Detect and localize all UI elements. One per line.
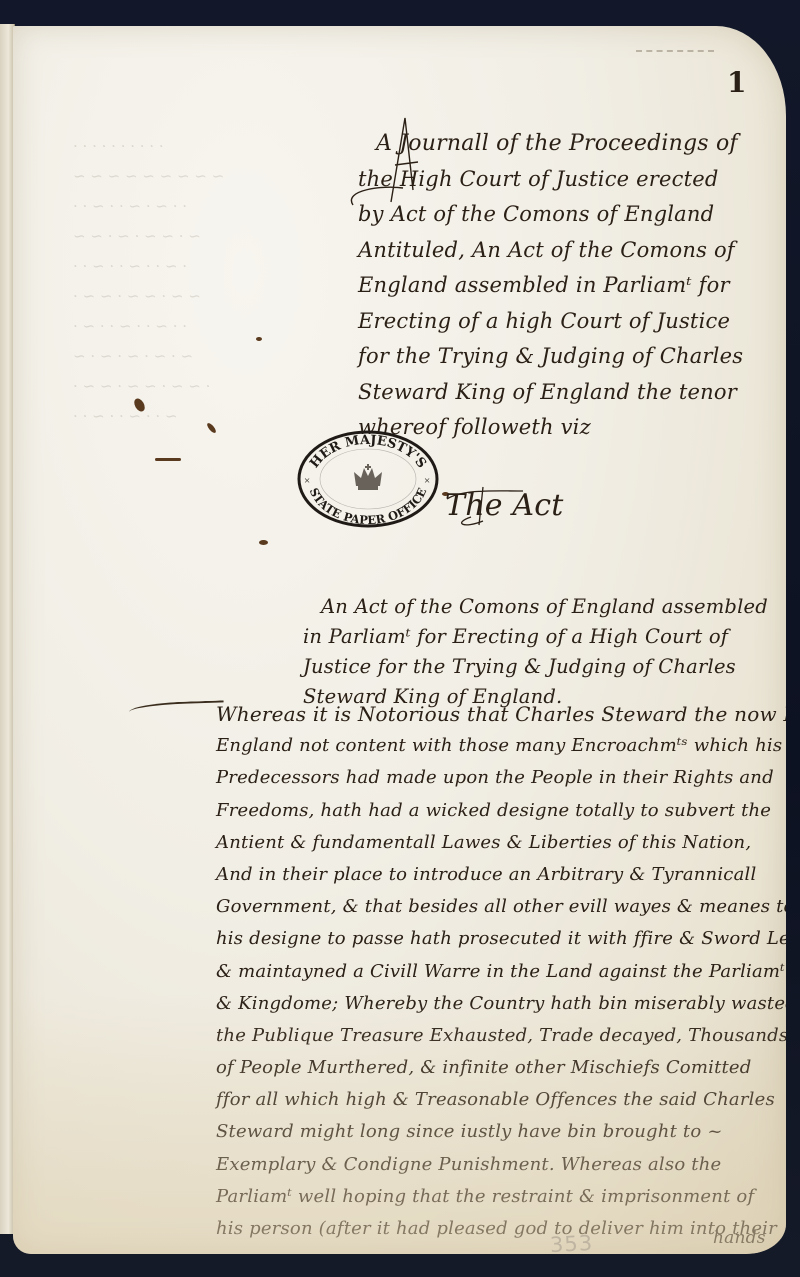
stamp-oval-icon: HER MAJESTY'S STATE PAPER OFFICE × ×: [294, 428, 442, 530]
title-line: Steward King of England the tenor: [350, 375, 780, 411]
title-line: Antituled, An Act of the Comons of: [350, 233, 780, 269]
body-line: his person (after it had pleased god to …: [216, 1213, 786, 1245]
ink-stain: [132, 397, 147, 414]
body-line: England not content with those many Encr…: [216, 730, 786, 762]
stamp-bottom-text: STATE PAPER OFFICE: [307, 485, 430, 527]
margin-flourish-line: [129, 700, 224, 717]
body-line: Exemplary & Condigne Punishment. Whereas…: [216, 1149, 786, 1181]
manuscript-page: 1 · · · · · · · · · · ~ ~ ~ ~ ~ ~ ~ ~ ~ …: [13, 26, 786, 1254]
svg-text:STATE PAPER OFFICE: STATE PAPER OFFICE: [307, 485, 430, 527]
journal-title: A Journall of the Proceedings of the Hig…: [350, 126, 780, 446]
body-line: Government, & that besides all other evi…: [216, 891, 786, 923]
svg-text:×: ×: [304, 475, 310, 487]
body-line: & Kingdome; Whereby the Country hath bin…: [216, 988, 786, 1020]
body-line: & maintayned a Civill Warre in the Land …: [216, 956, 786, 988]
body-line: And in their place to introduce an Arbit…: [216, 859, 786, 891]
act-title-line: An Act of the Comons of England assemble…: [303, 592, 786, 622]
act-body-text: Whereas it is Notorious that Charles Ste…: [216, 698, 786, 1245]
title-line: A Journall of the Proceedings of: [350, 126, 780, 162]
act-title-line: Justice for the Trying & Judging of Char…: [303, 652, 786, 682]
crown-icon: [354, 464, 382, 490]
title-line: England assembled in Parliamᵗ for: [350, 268, 780, 304]
ink-stain: [155, 458, 181, 461]
folio-number: 1: [727, 66, 746, 99]
body-line: Steward might long since iustly have bin…: [216, 1116, 786, 1148]
body-line: Whereas it is Notorious that Charles Ste…: [216, 698, 786, 730]
body-line: ffor all which high & Treasonable Offenc…: [216, 1084, 786, 1116]
body-line: of People Murthered, & infinite other Mi…: [216, 1052, 786, 1084]
act-title: An Act of the Comons of England assemble…: [303, 592, 786, 712]
body-line: Freedoms, hath had a wicked designe tota…: [216, 795, 786, 827]
ink-stain: [256, 337, 262, 341]
archive-pencil-number: 353: [549, 1231, 593, 1254]
ink-stain: [259, 540, 268, 545]
body-line: Predecessors had made upon the People in…: [216, 762, 786, 794]
body-line: his designe to passe hath prosecuted it …: [216, 923, 786, 955]
bleed-through-text: · · · · · · · · · · ~ ~ ~ ~ ~ ~ ~ ~ ~ · …: [73, 131, 333, 651]
pencil-dash-mark: [636, 50, 714, 52]
svg-text:×: ×: [424, 475, 430, 487]
title-line: for the Trying & Judging of Charles: [350, 339, 780, 375]
photo-background: 1 · · · · · · · · · · ~ ~ ~ ~ ~ ~ ~ ~ ~ …: [0, 0, 800, 1277]
catchword: hands: [713, 1228, 766, 1248]
body-line: Parliamᵗ well hoping that the restraint …: [216, 1181, 786, 1213]
act-title-line: in Parliamᵗ for Erecting of a High Court…: [303, 622, 786, 652]
body-line: Antient & fundamentall Lawes & Liberties…: [216, 827, 786, 859]
act-heading: The Act: [445, 488, 564, 523]
state-paper-office-stamp: HER MAJESTY'S STATE PAPER OFFICE × ×: [294, 428, 442, 530]
title-line: the High Court of Justice erected: [350, 162, 780, 198]
title-line: Erecting of a high Court of Justice: [350, 304, 780, 340]
title-line: by Act of the Comons of England: [350, 197, 780, 233]
body-line: the Publique Treasure Exhausted, Trade d…: [216, 1020, 786, 1052]
ink-stain: [206, 422, 218, 434]
